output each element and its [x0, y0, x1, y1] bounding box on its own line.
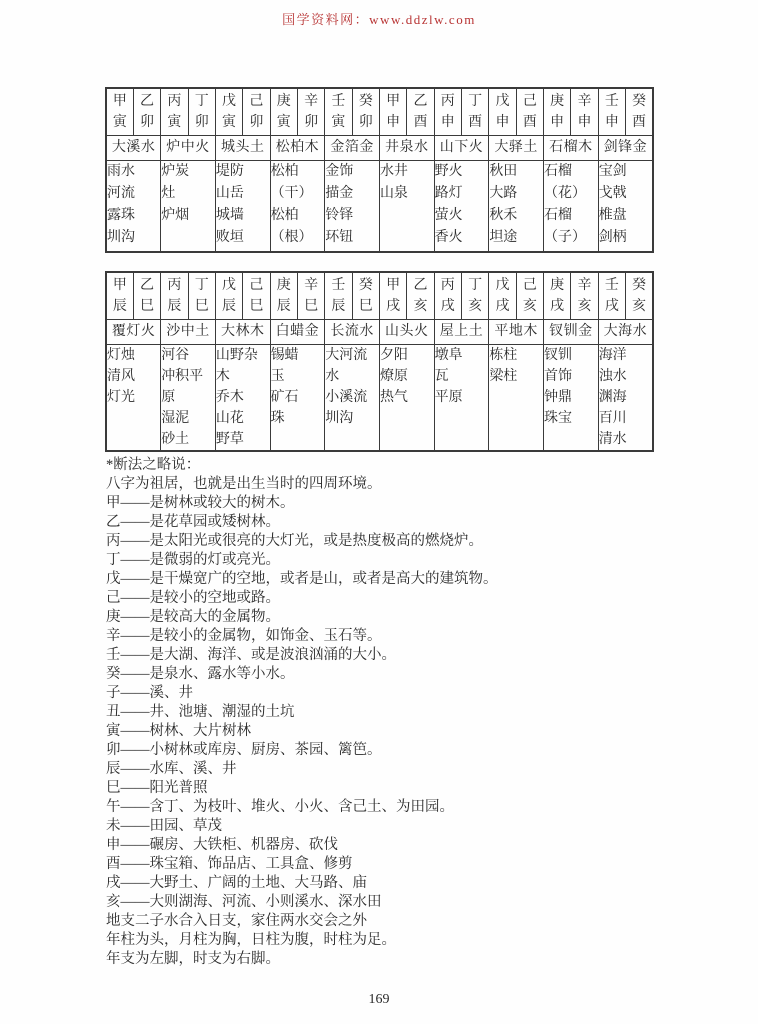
- nayin-items-cell: 秋田大路秋禾坦途: [489, 161, 544, 253]
- nayin-name: 白蜡金: [270, 320, 325, 345]
- stem-char: 壬: [325, 275, 351, 296]
- ganzhi-cell: 甲辰: [106, 272, 133, 320]
- note-line: 地支二子水合入日支，家住两水交会之外: [106, 912, 676, 931]
- branch-char: 戌: [489, 296, 515, 317]
- nayin-items-cell: 堤防山岳城墙败垣: [215, 161, 270, 253]
- stem-char: 辛: [298, 275, 324, 296]
- nayin-name: 平地木: [489, 320, 544, 345]
- item-line: 城墙: [216, 205, 270, 227]
- item-line: 小溪流: [325, 387, 379, 408]
- ganzhi-cell: 乙卯: [133, 88, 160, 136]
- stem-char: 乙: [134, 91, 160, 112]
- item-line: 原: [161, 387, 215, 408]
- branch-char: 亥: [407, 296, 433, 317]
- ganzhi-cell: 壬戌: [598, 272, 625, 320]
- stem-char: 己: [517, 91, 543, 112]
- ganzhi-cell: 丙辰: [161, 272, 188, 320]
- ganzhi-cell: 丁卯: [188, 88, 215, 136]
- note-line: 年支为左脚，时支为右脚。: [106, 950, 676, 969]
- stem-char: 壬: [325, 91, 351, 112]
- nayin-items-cell: 河谷冲积平原湿泥砂土: [161, 345, 216, 452]
- stem-char: 辛: [571, 91, 597, 112]
- ganzhi-cell: 壬辰: [325, 272, 352, 320]
- branch-char: 申: [571, 112, 597, 133]
- item-line: 木: [216, 366, 270, 387]
- item-line: 山岳: [216, 183, 270, 205]
- item-line: 山花: [216, 408, 270, 429]
- branch-char: 酉: [626, 112, 652, 133]
- item-line: 圳沟: [325, 408, 379, 429]
- stem-char: 丙: [161, 275, 187, 296]
- nayin-items-cell: 松柏（干）松柏（根）: [270, 161, 325, 253]
- item-line: 炉炭: [161, 161, 215, 183]
- nayin-row: 覆灯火沙中土大林木白蜡金长流水山头火屋上土平地木钗钏金大海水: [106, 320, 653, 345]
- item-line: 路灯: [435, 183, 489, 205]
- item-line: 露珠: [107, 205, 160, 227]
- item-line: 宝剑: [599, 161, 652, 183]
- item-line: 描金: [325, 183, 379, 205]
- ganzhi-cell: 乙亥: [407, 272, 434, 320]
- nayin-items-cell: 钗钏首饰钟鼎珠宝: [544, 345, 599, 452]
- stem-char: 己: [517, 275, 543, 296]
- stem-char: 丙: [161, 91, 187, 112]
- item-line: 圳沟: [107, 227, 160, 249]
- item-line: 剑柄: [599, 227, 652, 249]
- ganzhi-cell: 己亥: [516, 272, 543, 320]
- note-line: 申——碾房、大铁柜、机器房、砍伐: [106, 836, 676, 855]
- item-line: 乔木: [216, 387, 270, 408]
- nayin-name: 井泉水: [379, 136, 434, 161]
- ganzhi-cell: 甲戌: [379, 272, 406, 320]
- item-line: 秋禾: [489, 205, 543, 227]
- nayin-name: 山头火: [379, 320, 434, 345]
- branch-char: 辰: [161, 296, 187, 317]
- item-line: 坦途: [489, 227, 543, 249]
- stem-char: 庚: [544, 275, 570, 296]
- branch-char: 亥: [626, 296, 652, 317]
- item-line: 松柏: [271, 161, 325, 183]
- ganzhi-cell: 庚戌: [544, 272, 571, 320]
- stem-char: 甲: [380, 91, 406, 112]
- branch-char: 辰: [325, 296, 351, 317]
- stem-char: 癸: [626, 275, 652, 296]
- item-line: 河谷: [161, 345, 215, 366]
- branch-char: 卯: [134, 112, 160, 133]
- ganzhi-cell: 己巳: [243, 272, 270, 320]
- item-line: 秋田: [489, 161, 543, 183]
- site-header: 国学资料网：www.ddzlw.com: [0, 9, 758, 28]
- ganzhi-cell: 壬寅: [325, 88, 352, 136]
- stem-char: 辛: [571, 275, 597, 296]
- branch-char: 巳: [353, 296, 379, 317]
- stem-char: 丙: [435, 91, 461, 112]
- item-line: 水井: [380, 161, 434, 183]
- item-line: 首饰: [544, 366, 598, 387]
- item-line: （根）: [271, 227, 325, 249]
- branch-char: 申: [489, 112, 515, 133]
- item-line: 铃铎: [325, 205, 379, 227]
- item-line: 平原: [435, 387, 489, 408]
- item-line: 砂土: [161, 429, 215, 450]
- stem-char: 丁: [189, 91, 215, 112]
- stem-char: 庚: [271, 275, 297, 296]
- ganzhi-cell: 庚申: [544, 88, 571, 136]
- ganzhi-row: 甲寅乙卯丙寅丁卯戊寅己卯庚寅辛卯壬寅癸卯甲申乙酉丙申丁酉戊申己酉庚申辛申壬申癸酉: [106, 88, 653, 136]
- item-line: 百川: [599, 408, 652, 429]
- item-line: 湿泥: [161, 408, 215, 429]
- branch-char: 酉: [407, 112, 433, 133]
- note-line: 甲——是树林或较大的树木。: [106, 494, 676, 513]
- item-line: 戈戟: [599, 183, 652, 205]
- branch-char: 巳: [298, 296, 324, 317]
- branch-char: 戌: [435, 296, 461, 317]
- ganzhi-cell: 丙寅: [161, 88, 188, 136]
- note-line: 子——溪、井: [106, 684, 676, 703]
- stem-char: 丁: [189, 275, 215, 296]
- item-line: 冲积平: [161, 366, 215, 387]
- note-line: 卯——小树林或库房、厨房、茶园、篱笆。: [106, 741, 676, 760]
- branch-char: 亥: [517, 296, 543, 317]
- stem-char: 丙: [435, 275, 461, 296]
- ganzhi-cell: 丁亥: [461, 272, 488, 320]
- item-line: 灯烛: [107, 345, 160, 366]
- item-line: 墩阜: [435, 345, 489, 366]
- ganzhi-cell: 癸酉: [626, 88, 653, 136]
- page-number: 169: [0, 992, 758, 1008]
- item-line: 山泉: [380, 183, 434, 205]
- item-line: 野草: [216, 429, 270, 450]
- note-line: 酉——珠宝箱、饰品店、工具盒、修剪: [106, 855, 676, 874]
- branch-char: 卯: [298, 112, 324, 133]
- item-line: （子）: [544, 227, 598, 249]
- item-line: 河流: [107, 183, 160, 205]
- branch-char: 辰: [271, 296, 297, 317]
- nayin-name: 金箔金: [325, 136, 380, 161]
- item-line: 灯光: [107, 387, 160, 408]
- nayin-items-cell: 宝剑戈戟椎盘剑柄: [598, 161, 653, 253]
- item-line: 萤火: [435, 205, 489, 227]
- note-line: 乙——是花草园或矮树林。: [106, 513, 676, 532]
- document-page: 国学资料网：www.ddzlw.com 甲寅乙卯丙寅丁卯戊寅己卯庚寅辛卯壬寅癸卯…: [0, 0, 758, 1024]
- ganzhi-cell: 丁酉: [461, 88, 488, 136]
- item-line: 野火: [435, 161, 489, 183]
- branch-char: 寅: [216, 112, 242, 133]
- item-line: 锡蜡: [271, 345, 325, 366]
- item-line: 海洋: [599, 345, 652, 366]
- item-line: 椎盘: [599, 205, 652, 227]
- item-line: 雨水: [107, 161, 160, 183]
- nayin-table-yin-mao-shen-you: 甲寅乙卯丙寅丁卯戊寅己卯庚寅辛卯壬寅癸卯甲申乙酉丙申丁酉戊申己酉庚申辛申壬申癸酉…: [105, 87, 654, 253]
- branch-char: 申: [380, 112, 406, 133]
- ganzhi-cell: 己卯: [243, 88, 270, 136]
- item-line: 大河流: [325, 345, 379, 366]
- nayin-items-cell: 石榴（花）石榴（子）: [544, 161, 599, 253]
- ganzhi-cell: 癸亥: [626, 272, 653, 320]
- stem-char: 庚: [544, 91, 570, 112]
- branch-char: 寅: [271, 112, 297, 133]
- nayin-name: 城头土: [215, 136, 270, 161]
- items-row: 灯烛清风灯光河谷冲积平原湿泥砂土山野杂木乔木山花野草锡蜡玉矿石珠大河流水小溪流圳…: [106, 345, 653, 452]
- item-line: 浊水: [599, 366, 652, 387]
- ganzhi-cell: 戊辰: [215, 272, 242, 320]
- stem-char: 戊: [216, 91, 242, 112]
- ganzhi-row: 甲辰乙巳丙辰丁巳戊辰己巳庚辰辛巳壬辰癸巳甲戌乙亥丙戌丁亥戊戌己亥庚戌辛亥壬戌癸亥: [106, 272, 653, 320]
- note-line: *断法之略说：: [106, 456, 676, 475]
- nayin-name: 山下火: [434, 136, 489, 161]
- ganzhi-cell: 己酉: [516, 88, 543, 136]
- branch-char: 申: [544, 112, 570, 133]
- branch-char: 戌: [380, 296, 406, 317]
- ganzhi-cell: 戊寅: [215, 88, 242, 136]
- item-line: 灶: [161, 183, 215, 205]
- branch-char: 酉: [517, 112, 543, 133]
- ganzhi-cell: 庚寅: [270, 88, 297, 136]
- nayin-name: 大林木: [215, 320, 270, 345]
- branch-char: 戌: [544, 296, 570, 317]
- ganzhi-cell: 辛申: [571, 88, 598, 136]
- nayin-table-chen-si-xu-hai: 甲辰乙巳丙辰丁巳戊辰己巳庚辰辛巳壬辰癸巳甲戌乙亥丙戌丁亥戊戌己亥庚戌辛亥壬戌癸亥…: [105, 271, 654, 452]
- branch-char: 寅: [107, 112, 133, 133]
- item-line: 夕阳: [380, 345, 434, 366]
- nayin-items-cell: 水井山泉: [379, 161, 434, 253]
- item-line: 香火: [435, 227, 489, 249]
- nayin-items-cell: 海洋浊水渊海百川清水: [598, 345, 653, 452]
- stem-char: 壬: [599, 91, 625, 112]
- nayin-name: 沙中土: [161, 320, 216, 345]
- nayin-items-cell: 金饰描金铃铎环钮: [325, 161, 380, 253]
- nayin-items-cell: 栋柱梁柱: [489, 345, 544, 452]
- notes-section: *断法之略说：八字为祖居，也就是出生当时的四周环境。甲——是树林或较大的树木。乙…: [106, 456, 676, 969]
- nayin-items-cell: 大河流水小溪流圳沟: [325, 345, 380, 452]
- item-line: 清风: [107, 366, 160, 387]
- stem-char: 癸: [626, 91, 652, 112]
- nayin-items-cell: 山野杂木乔木山花野草: [215, 345, 270, 452]
- stem-char: 癸: [353, 275, 379, 296]
- item-line: 珠宝: [544, 408, 598, 429]
- note-line: 壬——是大湖、海洋、或是波浪汹涌的大小。: [106, 646, 676, 665]
- nayin-name: 覆灯火: [106, 320, 161, 345]
- ganzhi-cell: 戊戌: [489, 272, 516, 320]
- nayin-name: 石榴木: [544, 136, 599, 161]
- item-line: 环钮: [325, 227, 379, 249]
- item-line: 松柏: [271, 205, 325, 227]
- nayin-name: 长流水: [325, 320, 380, 345]
- item-line: 大路: [489, 183, 543, 205]
- item-line: 梁柱: [489, 366, 543, 387]
- item-line: （花）: [544, 183, 598, 205]
- note-line: 丑——井、池塘、潮湿的土坑: [106, 703, 676, 722]
- item-line: 炉烟: [161, 205, 215, 227]
- note-line: 庚——是较高大的金属物。: [106, 608, 676, 627]
- nayin-items-cell: 夕阳燎原热气: [379, 345, 434, 452]
- nayin-name: 钗钏金: [544, 320, 599, 345]
- branch-char: 申: [435, 112, 461, 133]
- nayin-items-cell: 炉炭灶炉烟: [161, 161, 216, 253]
- branch-char: 寅: [325, 112, 351, 133]
- branch-char: 寅: [161, 112, 187, 133]
- ganzhi-cell: 壬申: [598, 88, 625, 136]
- item-line: 钟鼎: [544, 387, 598, 408]
- item-line: 瓦: [435, 366, 489, 387]
- stem-char: 己: [243, 275, 269, 296]
- stem-char: 乙: [407, 275, 433, 296]
- branch-char: 巳: [189, 296, 215, 317]
- stem-char: 癸: [353, 91, 379, 112]
- nayin-items-cell: 锡蜡玉矿石珠: [270, 345, 325, 452]
- item-line: 矿石: [271, 387, 325, 408]
- ganzhi-cell: 辛巳: [297, 272, 324, 320]
- stem-char: 壬: [599, 275, 625, 296]
- branch-char: 巳: [134, 296, 160, 317]
- nayin-name: 松柏木: [270, 136, 325, 161]
- note-line: 巳——阳光普照: [106, 779, 676, 798]
- note-line: 辛——是较小的金属物，如饰金、玉石等。: [106, 627, 676, 646]
- nayin-name: 剑锋金: [598, 136, 653, 161]
- item-line: 山野杂: [216, 345, 270, 366]
- note-line: 辰——水库、溪、井: [106, 760, 676, 779]
- item-line: 石榴: [544, 161, 598, 183]
- ganzhi-cell: 甲申: [379, 88, 406, 136]
- item-line: 栋柱: [489, 345, 543, 366]
- item-line: 清水: [599, 429, 652, 450]
- note-line: 年柱为头，月柱为胸，日柱为腹，时柱为足。: [106, 931, 676, 950]
- stem-char: 戊: [489, 91, 515, 112]
- note-line: 丁——是微弱的灯或亮光。: [106, 551, 676, 570]
- item-line: 渊海: [599, 387, 652, 408]
- item-line: （干）: [271, 183, 325, 205]
- branch-char: 戌: [599, 296, 625, 317]
- nayin-name: 炉中火: [161, 136, 216, 161]
- ganzhi-cell: 甲寅: [106, 88, 133, 136]
- item-line: 钗钏: [544, 345, 598, 366]
- stem-char: 丁: [462, 275, 488, 296]
- item-line: 珠: [271, 408, 325, 429]
- ganzhi-cell: 庚辰: [270, 272, 297, 320]
- stem-char: 乙: [134, 275, 160, 296]
- ganzhi-cell: 丁巳: [188, 272, 215, 320]
- ganzhi-cell: 乙巳: [133, 272, 160, 320]
- item-line: 石榴: [544, 205, 598, 227]
- stem-char: 庚: [271, 91, 297, 112]
- branch-char: 卯: [353, 112, 379, 133]
- ganzhi-cell: 乙酉: [407, 88, 434, 136]
- nayin-row: 大溪水炉中火城头土松柏木金箔金井泉水山下火大驿土石榴木剑锋金: [106, 136, 653, 161]
- ganzhi-cell: 戊申: [489, 88, 516, 136]
- ganzhi-cell: 辛卯: [297, 88, 324, 136]
- nayin-items-cell: 野火路灯萤火香火: [434, 161, 489, 253]
- nayin-name: 大驿土: [489, 136, 544, 161]
- branch-char: 辰: [216, 296, 242, 317]
- items-row: 雨水河流露珠圳沟炉炭灶炉烟堤防山岳城墙败垣松柏（干）松柏（根）金饰描金铃铎环钮水…: [106, 161, 653, 253]
- ganzhi-cell: 辛亥: [571, 272, 598, 320]
- stem-char: 甲: [380, 275, 406, 296]
- item-line: 玉: [271, 366, 325, 387]
- item-line: 堤防: [216, 161, 270, 183]
- branch-char: 亥: [571, 296, 597, 317]
- note-line: 亥——大则湖海、河流、小则溪水、深水田: [106, 893, 676, 912]
- stem-char: 戊: [489, 275, 515, 296]
- branch-char: 申: [599, 112, 625, 133]
- note-line: 未——田园、草茂: [106, 817, 676, 836]
- item-line: 水: [325, 366, 379, 387]
- ganzhi-cell: 癸巳: [352, 272, 379, 320]
- note-line: 己——是较小的空地或路。: [106, 589, 676, 608]
- stem-char: 丁: [462, 91, 488, 112]
- nayin-name: 大溪水: [106, 136, 161, 161]
- note-line: 戌——大野土、广阔的土地、大马路、庙: [106, 874, 676, 893]
- branch-char: 亥: [462, 296, 488, 317]
- nayin-items-cell: 灯烛清风灯光: [106, 345, 161, 452]
- stem-char: 甲: [107, 91, 133, 112]
- note-line: 癸——是泉水、露水等小水。: [106, 665, 676, 684]
- ganzhi-cell: 癸卯: [352, 88, 379, 136]
- ganzhi-cell: 丙申: [434, 88, 461, 136]
- nayin-items-cell: 雨水河流露珠圳沟: [106, 161, 161, 253]
- note-line: 丙——是太阳光或很亮的大灯光，或是热度极高的燃烧炉。: [106, 532, 676, 551]
- note-line: 戊——是干燥宽广的空地，或者是山，或者是高大的建筑物。: [106, 570, 676, 589]
- branch-char: 卯: [243, 112, 269, 133]
- note-line: 八字为祖居，也就是出生当时的四周环境。: [106, 475, 676, 494]
- item-line: 金饰: [325, 161, 379, 183]
- item-line: 热气: [380, 387, 434, 408]
- nayin-items-cell: 墩阜瓦平原: [434, 345, 489, 452]
- note-line: 寅——树林、大片树林: [106, 722, 676, 741]
- branch-char: 辰: [107, 296, 133, 317]
- stem-char: 戊: [216, 275, 242, 296]
- note-line: 午——含丁、为枝叶、堆火、小火、含己土、为田园。: [106, 798, 676, 817]
- stem-char: 甲: [107, 275, 133, 296]
- branch-char: 卯: [189, 112, 215, 133]
- branch-char: 酉: [462, 112, 488, 133]
- stem-char: 己: [243, 91, 269, 112]
- item-line: 燎原: [380, 366, 434, 387]
- item-line: 败垣: [216, 227, 270, 249]
- stem-char: 辛: [298, 91, 324, 112]
- nayin-name: 大海水: [598, 320, 653, 345]
- branch-char: 巳: [243, 296, 269, 317]
- stem-char: 乙: [407, 91, 433, 112]
- ganzhi-cell: 丙戌: [434, 272, 461, 320]
- nayin-name: 屋上土: [434, 320, 489, 345]
